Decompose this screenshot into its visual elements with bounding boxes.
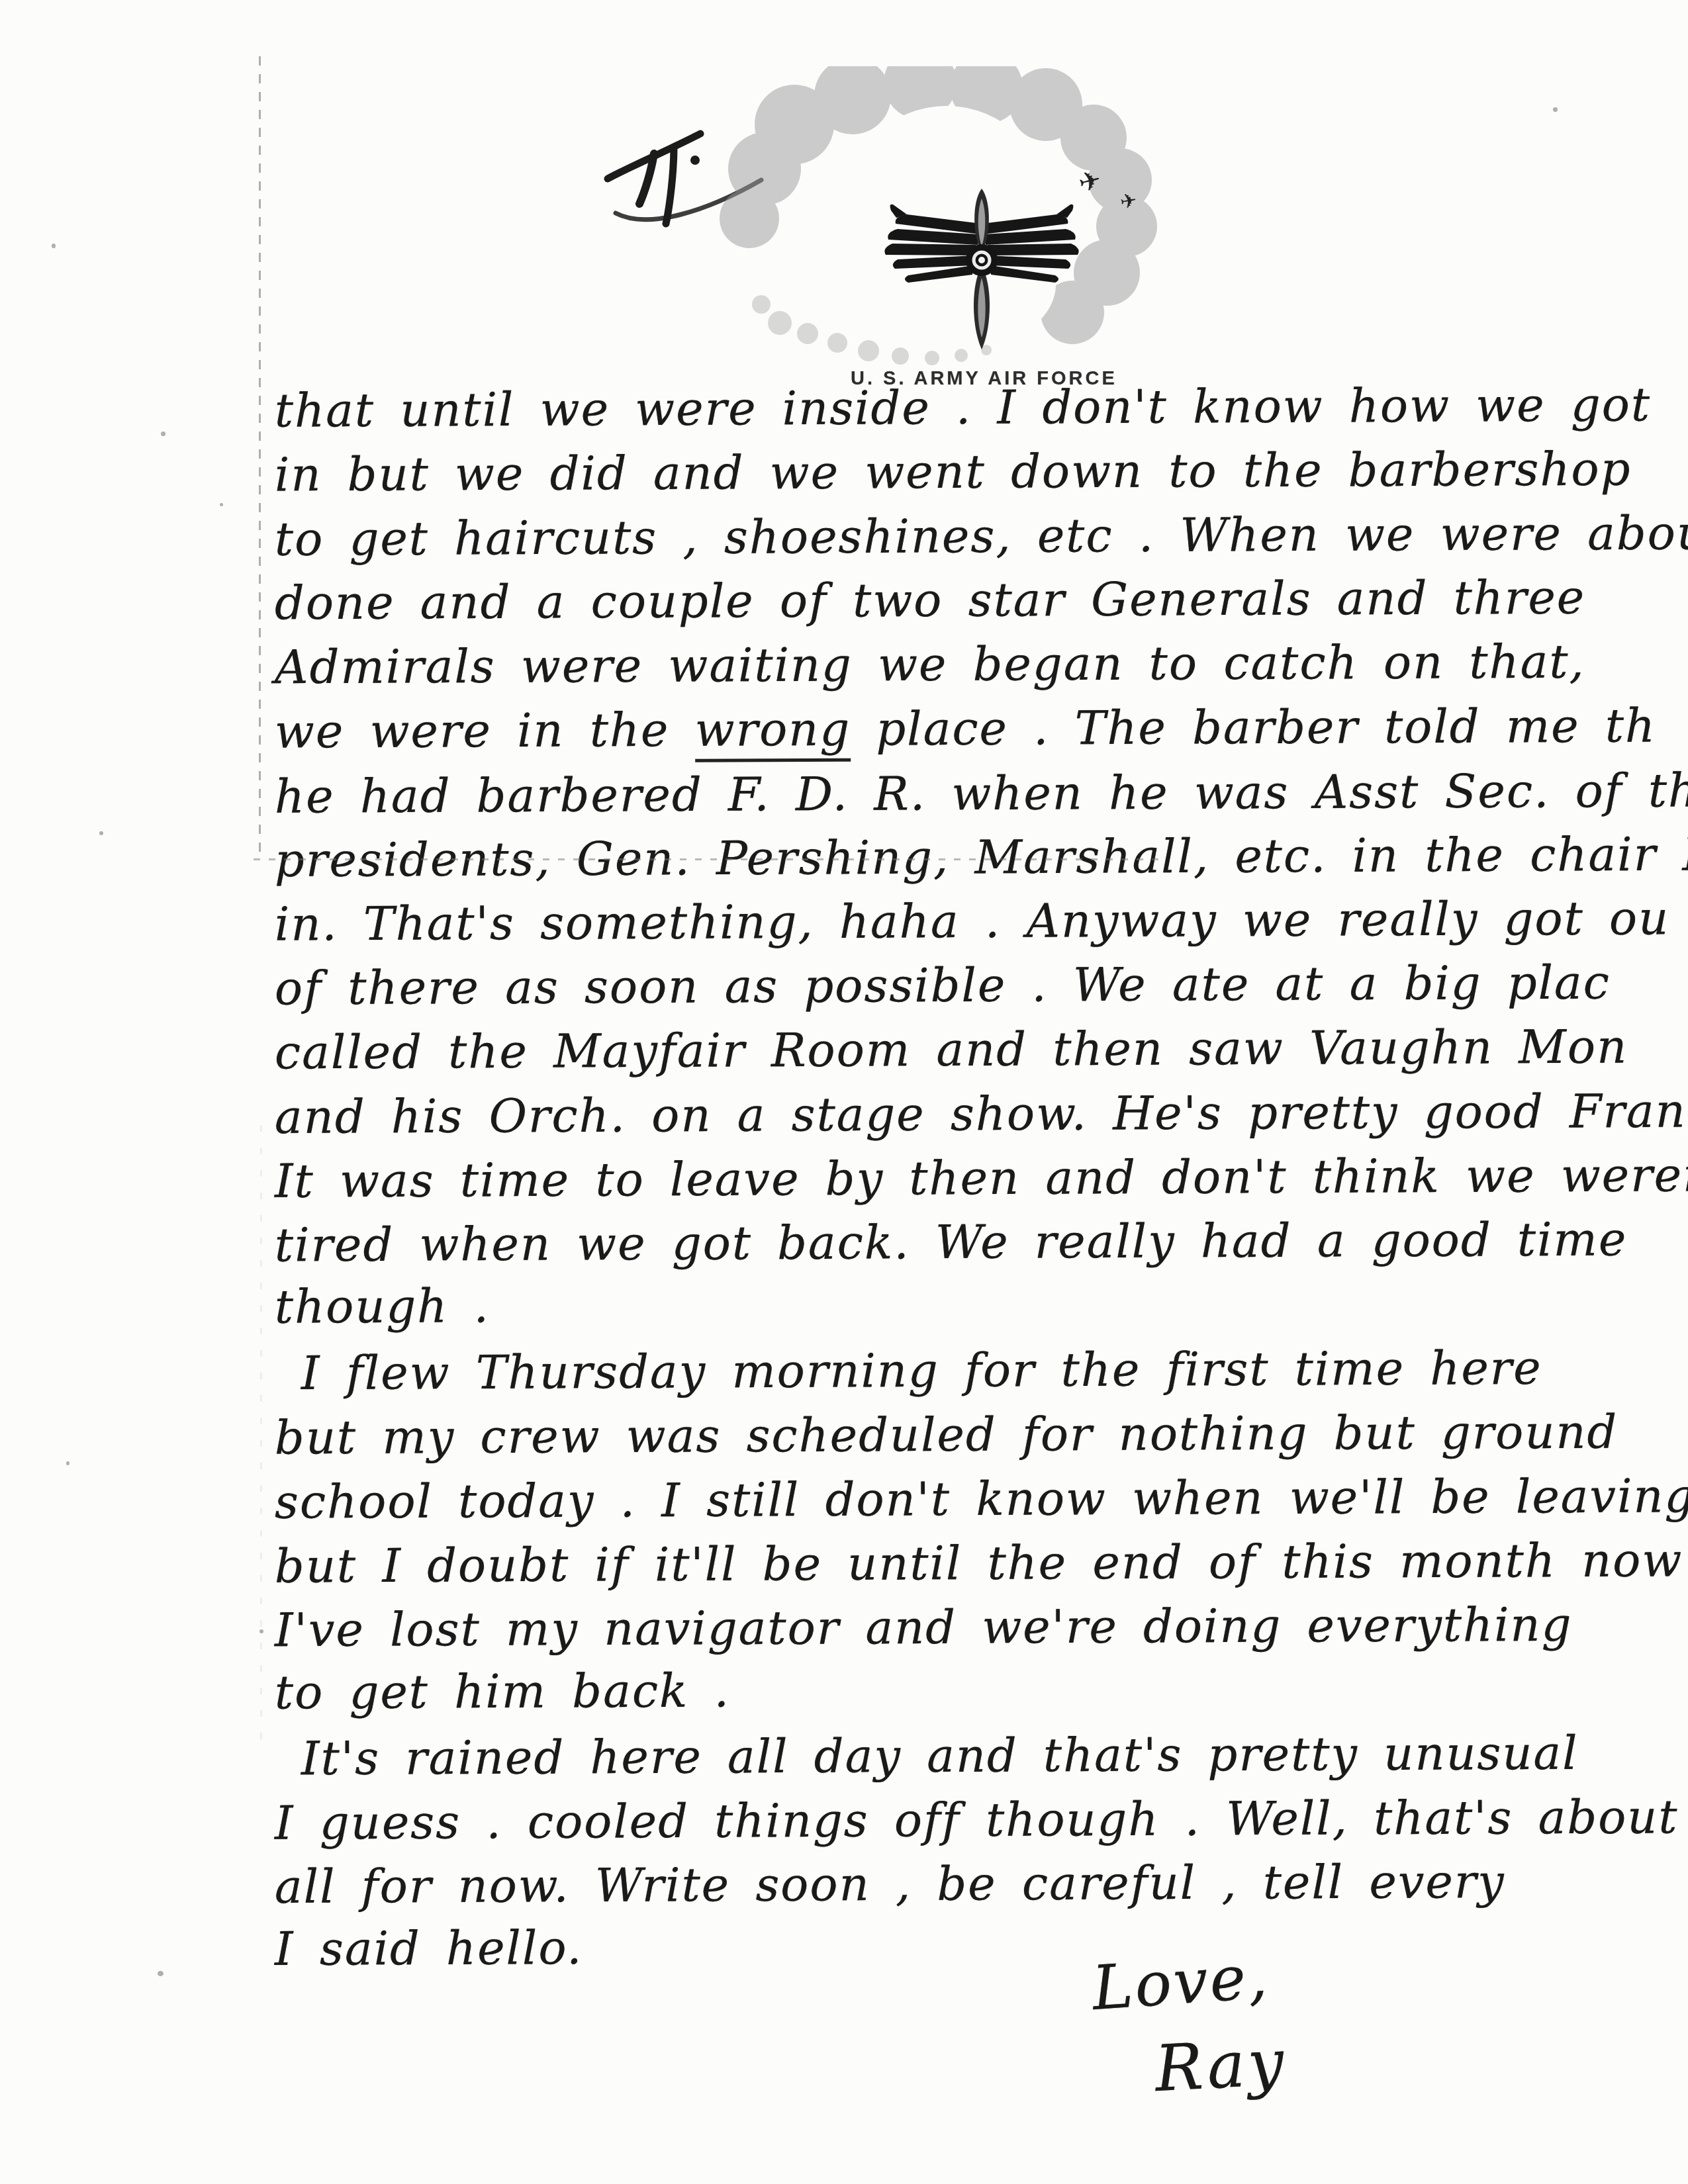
letter-line: called the Mayfair Room and then saw Vau…: [275, 1020, 1628, 1080]
letter-line: to get him back .: [275, 1663, 730, 1719]
letter-line: I said hello.: [275, 1921, 583, 1976]
letter-line: to get haircuts , shoeshines, etc . When…: [275, 506, 1688, 567]
scan-artifact-horizontal-line: [254, 858, 1167, 860]
letter-line: I guess . cooled things off though . Wel…: [275, 1790, 1679, 1850]
scan-artifact-vertical-line: [260, 1125, 262, 1754]
letter-line: though .: [275, 1279, 490, 1334]
letter-line: but my crew was scheduled for nothing bu…: [275, 1405, 1618, 1465]
letter-line: but I doubt if it'll be until the end of…: [275, 1533, 1683, 1593]
letterhead-emblem: ✈ ✈: [702, 66, 1165, 397]
letter-line: Admirals were waiting we began to catch …: [275, 635, 1585, 695]
scan-speck: [52, 244, 56, 248]
letter-line: It was time to leave by then and don't t…: [275, 1148, 1688, 1208]
scan-speck: [1553, 107, 1558, 112]
letter-line: presidents, Gen. Pershing, Marshall, etc…: [275, 827, 1688, 887]
closing-love: Love,: [1090, 1941, 1272, 2024]
letter-line: It's rained here all day and that's pret…: [301, 1726, 1579, 1786]
scan-speck: [158, 1971, 164, 1976]
scan-speck: [66, 1461, 70, 1465]
letter-line: done and a couple of two star Generals a…: [275, 570, 1585, 631]
letter-line: tired when we got back. We really had a …: [275, 1212, 1628, 1273]
scan-speck: [99, 831, 103, 835]
scan-speck: [161, 432, 165, 436]
letter-line: he had barbered F. D. R. when he was Ass…: [275, 762, 1688, 823]
letter-line: and his Orch. on a stage show. He's pret…: [275, 1083, 1688, 1144]
scan-speck: [259, 1629, 263, 1633]
letter-line: that until we were inside . I don't know…: [275, 377, 1651, 437]
scan-speck: [220, 503, 223, 506]
letter-line: in but we did and we went down to the ba…: [275, 442, 1632, 502]
letter-line: I flew Thursday morning for the first ti…: [301, 1341, 1542, 1400]
letter-line: I've lost my navigator and we're doing e…: [275, 1598, 1573, 1658]
letter-line: all for now. Write soon , be careful , t…: [275, 1854, 1505, 1914]
signature-ray: Ray: [1153, 2025, 1288, 2106]
scan-artifact-vertical-line: [259, 56, 261, 857]
scan-page: ✈ ✈: [0, 0, 1688, 2184]
letter-line: in. That's something, haha . Anyway we r…: [275, 891, 1670, 951]
letter-line: school today . I still don't know when w…: [275, 1469, 1688, 1529]
letter-line: of there as soon as possible . We ate at…: [275, 956, 1611, 1016]
letter-line: we were in the wrong place . The barber …: [275, 698, 1656, 758]
